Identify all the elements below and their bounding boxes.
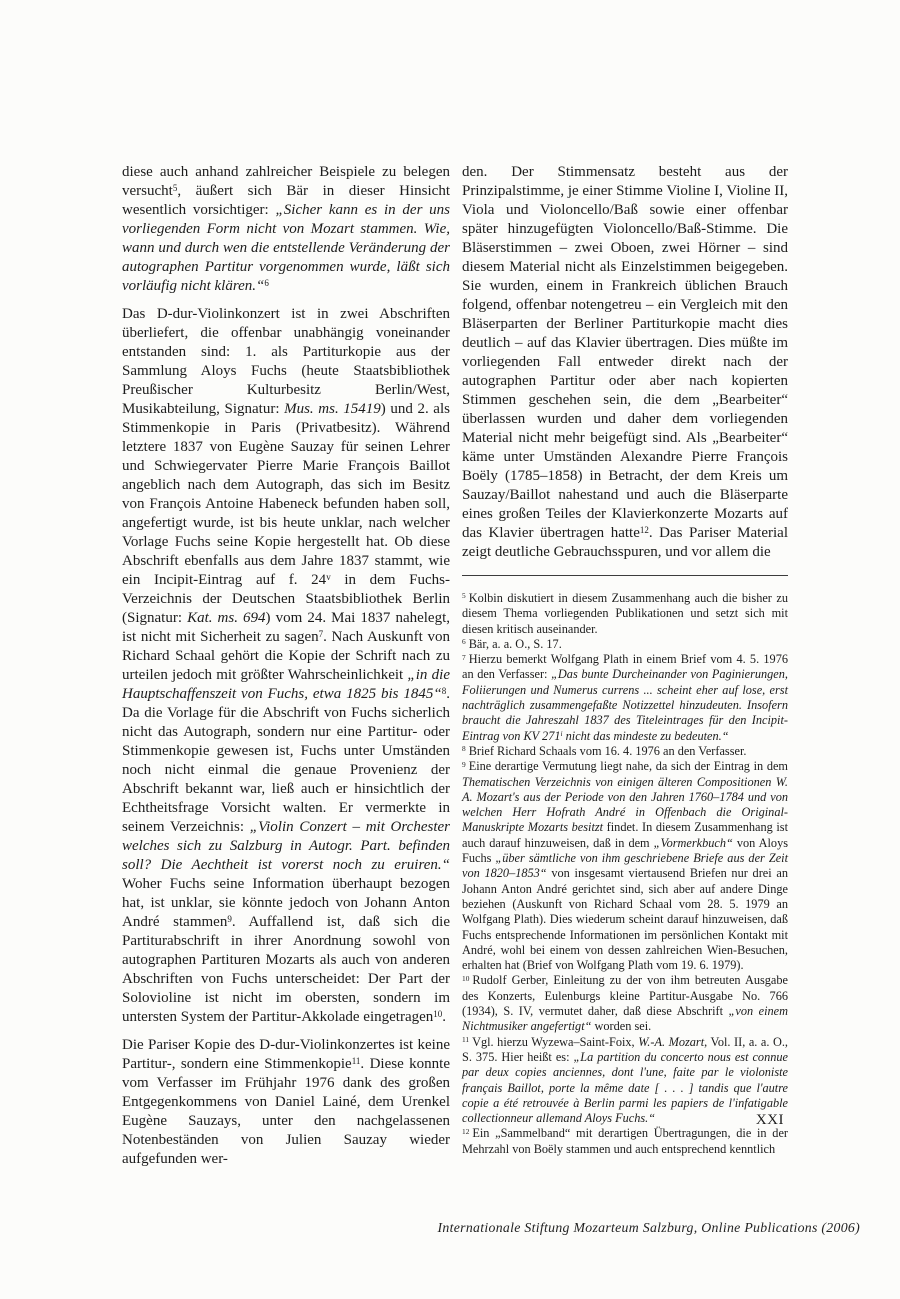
left-column: diese auch anhand zahlreicher Beispiele …: [122, 163, 450, 1178]
text-run: Kat. ms. 694: [187, 610, 265, 626]
footnote-text: Eine derartige Vermutung liegt nahe, da …: [462, 759, 788, 972]
body-paragraph: diese auch anhand zahlreicher Beispiele …: [122, 163, 450, 296]
footnote-marker: 8: [462, 744, 466, 753]
text-run: W.-A. Mozart: [638, 1035, 704, 1049]
footnote: 6Bär, a. a. O., S. 17.: [462, 637, 788, 652]
footnote-separator-rule: [462, 575, 788, 576]
footnote-marker: 5: [462, 591, 466, 600]
body-paragraph: Das D-dur-Violinkonzert ist in zwei Absc…: [122, 305, 450, 1027]
page-number: XXI: [122, 1112, 784, 1129]
text-run: worden sei.: [591, 1019, 651, 1033]
text-run: den. Der Stimmensatz besteht aus der Pri…: [462, 164, 788, 541]
footnote-text: Brief Richard Schaals vom 16. 4. 1976 an…: [469, 744, 747, 758]
footnote-text: Rudolf Gerber, Einleitung zu der von ihm…: [462, 973, 788, 1033]
text-run: von insgesamt viertausend Briefen nur dr…: [462, 866, 788, 972]
footnote-text: Ein „Sammelband“ mit derartigen Übertrag…: [462, 1126, 788, 1155]
body-paragraph: Die Pariser Kopie des D-dur-Violinkonzer…: [122, 1036, 450, 1169]
text-run: . Da die Vorlage für die Abschrift von F…: [122, 686, 450, 835]
footnote-ref: 5: [173, 183, 178, 193]
footnote-text: Bär, a. a. O., S. 17.: [469, 637, 562, 651]
footnote-ref: 9: [227, 914, 232, 924]
text-run: „Vormerkbuch“: [654, 836, 733, 850]
footnote-ref: 8: [442, 686, 447, 696]
footnote-marker: 9: [462, 760, 466, 769]
text-run: Bär, a. a. O., S. 17.: [469, 637, 562, 651]
footnote: 5Kolbin diskutiert in diesem Zusammenhan…: [462, 591, 788, 637]
footnote-ref: 11: [352, 1056, 361, 1066]
footnote: 8Brief Richard Schaals vom 16. 4. 1976 a…: [462, 744, 788, 759]
footnote-ref: 7: [319, 629, 324, 639]
right-column-text: den. Der Stimmensatz besteht aus der Pri…: [462, 163, 788, 562]
footnote-ref: i: [561, 729, 563, 738]
text-run: Kolbin diskutiert in diesem Zusammenhang…: [462, 591, 788, 636]
text-run: ) und 2. als Stimmenkopie in Paris (Priv…: [122, 401, 450, 588]
footnote-ref: 6: [264, 278, 269, 288]
footnote-marker: 7: [462, 653, 466, 662]
footnote: 10Rudolf Gerber, Einleitung zu der von i…: [462, 973, 788, 1034]
footnote-text: Hierzu bemerkt Wolfgang Plath in einem B…: [462, 652, 788, 742]
body-paragraph: den. Der Stimmensatz besteht aus der Pri…: [462, 163, 788, 562]
footnote-ref: v: [326, 572, 331, 582]
right-column: den. Der Stimmensatz besteht aus der Pri…: [462, 163, 788, 1157]
text-run: Mus. ms. 15419: [284, 401, 381, 417]
footnote-marker: 10: [462, 974, 469, 983]
footnote-ref: 10: [433, 1009, 442, 1019]
text-run: . Auffallend ist, daß sich die Partitura…: [122, 914, 450, 1025]
text-run: Vgl. hierzu Wyzewa–Saint-Foix,: [472, 1035, 638, 1049]
footnote: 12Ein „Sammelband“ mit derartigen Übertr…: [462, 1126, 788, 1157]
publication-footer: Internationale Stiftung Mozarteum Salzbu…: [0, 1220, 860, 1236]
footnote: 7Hierzu bemerkt Wolfgang Plath in einem …: [462, 652, 788, 744]
text-run: Brief Richard Schaals vom 16. 4. 1976 an…: [469, 744, 747, 758]
text-run: Eine derartige Vermutung liegt nahe, da …: [469, 759, 788, 773]
text-run: nicht das mindeste zu bedeuten.“: [563, 729, 729, 743]
footnote-ref: 12: [640, 525, 649, 535]
footnotes-block: 5Kolbin diskutiert in diesem Zusammenhan…: [462, 591, 788, 1157]
footnote: 9Eine derartige Vermutung liegt nahe, da…: [462, 759, 788, 973]
footnote-marker: 11: [462, 1035, 469, 1044]
footnote-text: Kolbin diskutiert in diesem Zusammenhang…: [462, 591, 788, 636]
text-run: .: [442, 1009, 446, 1025]
footnote-marker: 6: [462, 637, 466, 646]
text-run: Ein „Sammelband“ mit derartigen Übertrag…: [462, 1126, 788, 1155]
